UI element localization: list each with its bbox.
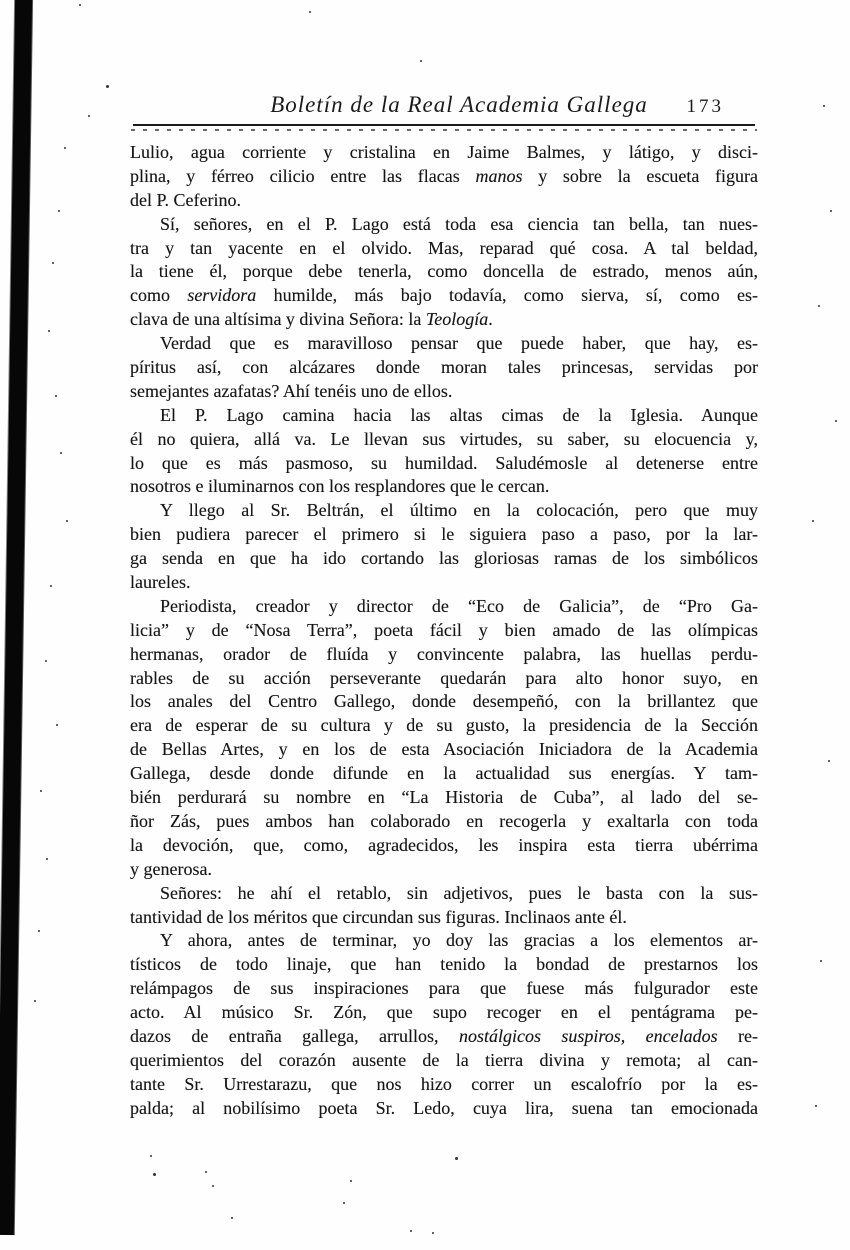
text-segment: plina, y férreo cilicio entre las flacas — [130, 166, 475, 186]
body-text: Lulio, agua corriente y cristalina en Ja… — [130, 141, 758, 1121]
scan-speck — [50, 585, 52, 587]
text-line: de Bellas Artes, y en los de esta Asocia… — [130, 738, 758, 762]
text-segment: manos — [475, 166, 522, 186]
scan-speck — [38, 930, 40, 932]
text-line: Verdad que es maravilloso pensar que pue… — [130, 332, 758, 356]
scan-speck — [60, 452, 62, 454]
scan-speck — [205, 1171, 207, 1173]
scan-speck — [46, 858, 48, 860]
text-line: la tiene él, porque debe tenerla, como d… — [130, 260, 758, 284]
text-line: Periodista, creador y director de “Eco d… — [130, 595, 758, 619]
scan-speck — [34, 1000, 36, 1002]
header-rule-dashed — [131, 129, 757, 131]
text-line: era de esperar de su cultura y de su gus… — [130, 714, 758, 738]
text-segment: la tiene él, porque debe tenerla, como d… — [130, 261, 758, 281]
scan-speck — [64, 147, 66, 149]
scan-speck — [231, 1217, 233, 1219]
text-segment: los anales del Centro Gallego, donde des… — [130, 691, 758, 711]
text-line: y generosa. — [130, 858, 758, 882]
text-segment: nostálgicos suspiros, encelados — [459, 1026, 718, 1046]
paragraph: Señores: he ahí el retablo, sin adjetivo… — [130, 882, 758, 930]
paragraph: Lulio, agua corriente y cristalina en Ja… — [130, 141, 758, 213]
text-line: licia” y de “Nosa Terra”, poeta fácil y … — [130, 619, 758, 643]
scan-speck — [410, 1230, 412, 1232]
text-segment: re- — [718, 1026, 758, 1046]
scan-speck — [818, 305, 820, 307]
scan-speck — [56, 724, 58, 726]
scan-speck — [79, 4, 81, 6]
text-segment: tante Sr. Urrestarazu, que nos hizo corr… — [130, 1074, 758, 1094]
text-line: tante Sr. Urrestarazu, que nos hizo corr… — [130, 1073, 758, 1097]
page-number: 173 — [687, 96, 725, 118]
text-line: los anales del Centro Gallego, donde des… — [130, 690, 758, 714]
text-segment: servidora — [187, 285, 256, 305]
scan-speck — [52, 262, 54, 264]
text-segment: hermanas, orador de fluída y convincente… — [130, 644, 758, 664]
text-segment: lo que es más pasmoso, su humildad. Salu… — [130, 453, 758, 473]
text-segment: El P. Lago camina hacia las altas cimas … — [160, 405, 758, 425]
text-segment: acto. Al músico Sr. Zón, que supo recoge… — [130, 1002, 758, 1022]
paragraph: Y llego al Sr. Beltrán, el último en la … — [130, 499, 758, 595]
scan-speck — [45, 660, 47, 662]
scan-speck — [212, 1185, 214, 1187]
text-line: hermanas, orador de fluída y convincente… — [130, 643, 758, 667]
scan-speck — [835, 420, 837, 422]
text-line: tantividad de los méritos que circundan … — [130, 906, 758, 930]
scan-speck — [40, 790, 42, 792]
scan-speck — [106, 85, 109, 88]
text-segment: la devoción, que, como, agradecidos, les… — [130, 835, 758, 855]
scan-speck — [55, 395, 57, 397]
text-line: Y ahora, antes de terminar, yo doy las g… — [130, 929, 758, 953]
scan-speck — [66, 520, 68, 522]
scan-speck — [350, 1180, 352, 1182]
text-segment: Teología — [426, 309, 488, 329]
scan-speck — [420, 60, 422, 62]
text-line: querimientos del corazón ausente de la t… — [130, 1049, 758, 1073]
text-segment: rables de su acción perseverante quedará… — [130, 668, 758, 688]
text-segment: clava de una altísima y divina Señora: l… — [130, 309, 426, 329]
text-segment: del P. Ceferino. — [130, 190, 241, 210]
text-segment: ñor Zás, pues ambos han colaborado en re… — [130, 811, 758, 831]
text-segment: y sobre la escueta figura — [522, 166, 758, 186]
text-segment: humilde, más bajo todavía, como sierva, … — [256, 285, 758, 305]
text-segment: Gallega, desde donde difunde en la actua… — [130, 763, 758, 783]
text-segment: era de esperar de su cultura y de su gus… — [130, 715, 758, 735]
text-segment: semejantes azafatas? Ahí tenéis uno de e… — [130, 381, 452, 401]
paragraph: Y ahora, antes de terminar, yo doy las g… — [130, 929, 758, 1120]
text-line: relámpagos de sus inspiraciones para que… — [130, 977, 758, 1001]
text-line: tísticos de todo linaje, que han tenido … — [130, 953, 758, 977]
text-segment: licia” y de “Nosa Terra”, poeta fácil y … — [130, 620, 758, 640]
page-header: Boletín de la Real Academia Gallega 173 — [130, 92, 758, 124]
text-segment: Sí, señores, en el P. Lago está toda esa… — [160, 214, 758, 234]
text-segment: Periodista, creador y director de “Eco d… — [160, 596, 758, 616]
scan-speck — [815, 1105, 817, 1107]
text-segment: Y llego al Sr. Beltrán, el último en la … — [160, 500, 758, 520]
text-segment: Y ahora, antes de terminar, yo doy las g… — [160, 930, 758, 950]
scan-speck — [812, 520, 814, 522]
scan-speck — [153, 1173, 156, 1176]
scan-speck — [88, 115, 90, 117]
text-line: la devoción, que, como, agradecidos, les… — [130, 834, 758, 858]
text-line: como servidora humilde, más bajo todavía… — [130, 284, 758, 308]
scan-speck — [343, 1202, 345, 1204]
scan-speck — [150, 1155, 152, 1157]
text-line: del P. Ceferino. — [130, 189, 758, 213]
text-line: Y llego al Sr. Beltrán, el último en la … — [130, 499, 758, 523]
text-line: tra y tan yacente en el olvido. Mas, rep… — [130, 237, 758, 261]
text-line: laureles. — [130, 571, 758, 595]
text-line: Señores: he ahí el retablo, sin adjetivo… — [130, 882, 758, 906]
text-segment: y generosa. — [130, 859, 212, 879]
scan-speck — [830, 210, 832, 212]
scan-speck — [48, 330, 50, 332]
text-line: bién perdurará su nombre en “La Historia… — [130, 786, 758, 810]
text-segment: como — [130, 285, 187, 305]
book-gutter-shadow — [0, 0, 32, 1235]
text-line: plina, y férreo cilicio entre las flacas… — [130, 165, 758, 189]
text-segment: tra y tan yacente en el olvido. Mas, rep… — [130, 238, 758, 258]
text-segment: bién perdurará su nombre en “La Historia… — [130, 787, 758, 807]
text-line: palda; al nobilísimo poeta Sr. Ledo, cuy… — [130, 1097, 758, 1121]
text-segment: él no quiera, allá va. Le llevan sus vir… — [130, 429, 758, 449]
text-segment: ga senda en que ha ido cortando las glor… — [130, 548, 758, 568]
scan-speck — [820, 960, 822, 962]
text-segment: Verdad que es maravilloso pensar que pue… — [160, 333, 758, 353]
text-segment: Señores: he ahí el retablo, sin adjetivo… — [160, 883, 758, 903]
paragraph: Verdad que es maravilloso pensar que pue… — [130, 332, 758, 404]
text-segment: palda; al nobilísimo poeta Sr. Ledo, cuy… — [130, 1098, 758, 1118]
scan-speck — [455, 1157, 458, 1160]
text-line: Lulio, agua corriente y cristalina en Ja… — [130, 141, 758, 165]
text-segment: bien pudiera parecer el primero si le si… — [130, 524, 758, 544]
scan-speck — [823, 105, 825, 107]
paragraph: Sí, señores, en el P. Lago está toda esa… — [130, 213, 758, 332]
text-line: Gallega, desde donde difunde en la actua… — [130, 762, 758, 786]
scan-speck — [58, 210, 60, 212]
text-line: clava de una altísima y divina Señora: l… — [130, 308, 758, 332]
paragraph: Periodista, creador y director de “Eco d… — [130, 595, 758, 882]
paragraph: El P. Lago camina hacia las altas cimas … — [130, 404, 758, 500]
text-segment: . — [488, 309, 493, 329]
scan-speck — [432, 1232, 434, 1234]
text-segment: Lulio, agua corriente y cristalina en Ja… — [130, 142, 758, 162]
text-line: lo que es más pasmoso, su humildad. Salu… — [130, 452, 758, 476]
text-line: ñor Zás, pues ambos han colaborado en re… — [130, 810, 758, 834]
scan-speck — [309, 11, 311, 13]
text-line: píritus así, con alcázares donde moran t… — [130, 356, 758, 380]
scan-speck — [828, 760, 830, 762]
text-line: acto. Al músico Sr. Zón, que supo recoge… — [130, 1001, 758, 1025]
header-rule-solid — [133, 124, 755, 126]
text-segment: píritus así, con alcázares donde moran t… — [130, 357, 758, 377]
text-line: Sí, señores, en el P. Lago está toda esa… — [130, 213, 758, 237]
text-segment: relámpagos de sus inspiraciones para que… — [130, 978, 758, 998]
text-line: ga senda en que ha ido cortando las glor… — [130, 547, 758, 571]
text-line: rables de su acción perseverante quedará… — [130, 667, 758, 691]
text-segment: dazos de entraña gallega, arrullos, — [130, 1026, 459, 1046]
text-line: él no quiera, allá va. Le llevan sus vir… — [130, 428, 758, 452]
text-segment: querimientos del corazón ausente de la t… — [130, 1050, 758, 1070]
text-line: El P. Lago camina hacia las altas cimas … — [130, 404, 758, 428]
scanned-page: Boletín de la Real Academia Gallega 173 … — [0, 0, 850, 1250]
text-segment: tantividad de los méritos que circundan … — [130, 907, 627, 927]
text-segment: laureles. — [130, 572, 190, 592]
text-line: semejantes azafatas? Ahí tenéis uno de e… — [130, 380, 758, 404]
text-segment: de Bellas Artes, y en los de esta Asocia… — [130, 739, 758, 759]
text-line: bien pudiera parecer el primero si le si… — [130, 523, 758, 547]
text-line: dazos de entraña gallega, arrullos, nost… — [130, 1025, 758, 1049]
text-segment: nosotros e iluminarnos con los resplando… — [130, 476, 549, 496]
text-segment: tísticos de todo linaje, que han tenido … — [130, 954, 758, 974]
running-title: Boletín de la Real Academia Gallega — [130, 92, 758, 118]
text-line: nosotros e iluminarnos con los resplando… — [130, 475, 758, 499]
